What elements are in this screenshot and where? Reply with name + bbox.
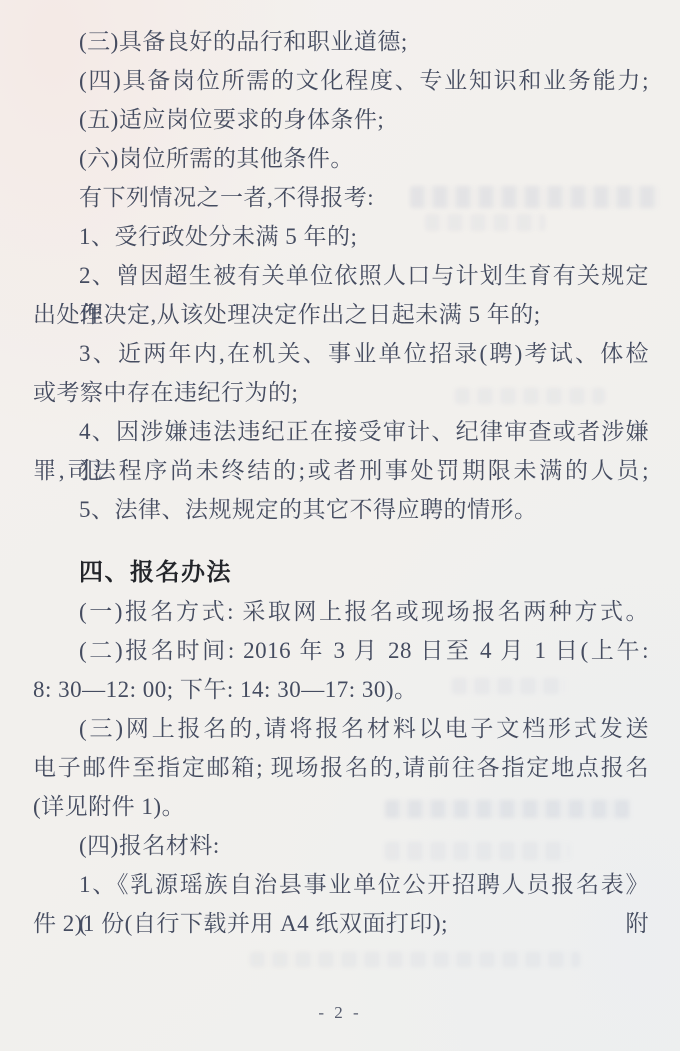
scanned-document-page: (三)具备良好的品行和职业道德; (四)具备岗位所需的文化程度、专业知识和业务能…: [0, 0, 680, 1051]
doc-line: 或考察中存在违纪行为的;: [33, 373, 649, 412]
doc-line: 5、法律、法规规定的其它不得应聘的情形。: [33, 490, 649, 529]
doc-line: 3、近两年内,在机关、事业单位招录(聘)考试、体检: [33, 334, 649, 373]
document-body: (三)具备良好的品行和职业道德; (四)具备岗位所需的文化程度、专业知识和业务能…: [33, 22, 649, 943]
doc-line: 1、《乳源瑶族自治县事业单位公开招聘人员报名表》(附: [33, 865, 649, 904]
doc-line: (详见附件 1)。: [33, 787, 649, 826]
page-number: - 2 -: [0, 1003, 680, 1023]
doc-line: (六)岗位所需的其他条件。: [33, 139, 649, 178]
doc-line: (一)报名方式: 采取网上报名或现场报名两种方式。: [33, 592, 649, 631]
bleedthrough-smudge: [250, 952, 580, 967]
doc-line: 2、曾因超生被有关单位依照人口与计划生育有关规定作: [33, 256, 649, 295]
doc-line: 电子邮件至指定邮箱; 现场报名的,请前往各指定地点报名: [33, 748, 649, 787]
doc-line: (五)适应岗位要求的身体条件;: [33, 100, 649, 139]
doc-line: 4、因涉嫌违法违纪正在接受审计、纪律审查或者涉嫌犯: [33, 412, 649, 451]
doc-line: 有下列情况之一者,不得报考:: [33, 178, 649, 217]
doc-line: 罪,司法程序尚未终结的;或者刑事处罚期限未满的人员;: [33, 451, 649, 490]
doc-line: (二)报名时间: 2016 年 3 月 28 日至 4 月 1 日(上午:: [33, 631, 649, 670]
doc-line: (四)报名材料:: [33, 826, 649, 865]
section-4-heading: 四、报名办法: [33, 553, 649, 592]
doc-line: 出处理决定,从该处理决定作出之日起未满 5 年的;: [33, 295, 649, 334]
doc-line: (四)具备岗位所需的文化程度、专业知识和业务能力;: [33, 61, 649, 100]
doc-line: 8: 30—12: 00; 下午: 14: 30—17: 30)。: [33, 670, 649, 709]
doc-line: (三)网上报名的,请将报名材料以电子文档形式发送: [33, 709, 649, 748]
doc-line: (三)具备良好的品行和职业道德;: [33, 22, 649, 61]
doc-line: 1、受行政处分未满 5 年的;: [33, 217, 649, 256]
